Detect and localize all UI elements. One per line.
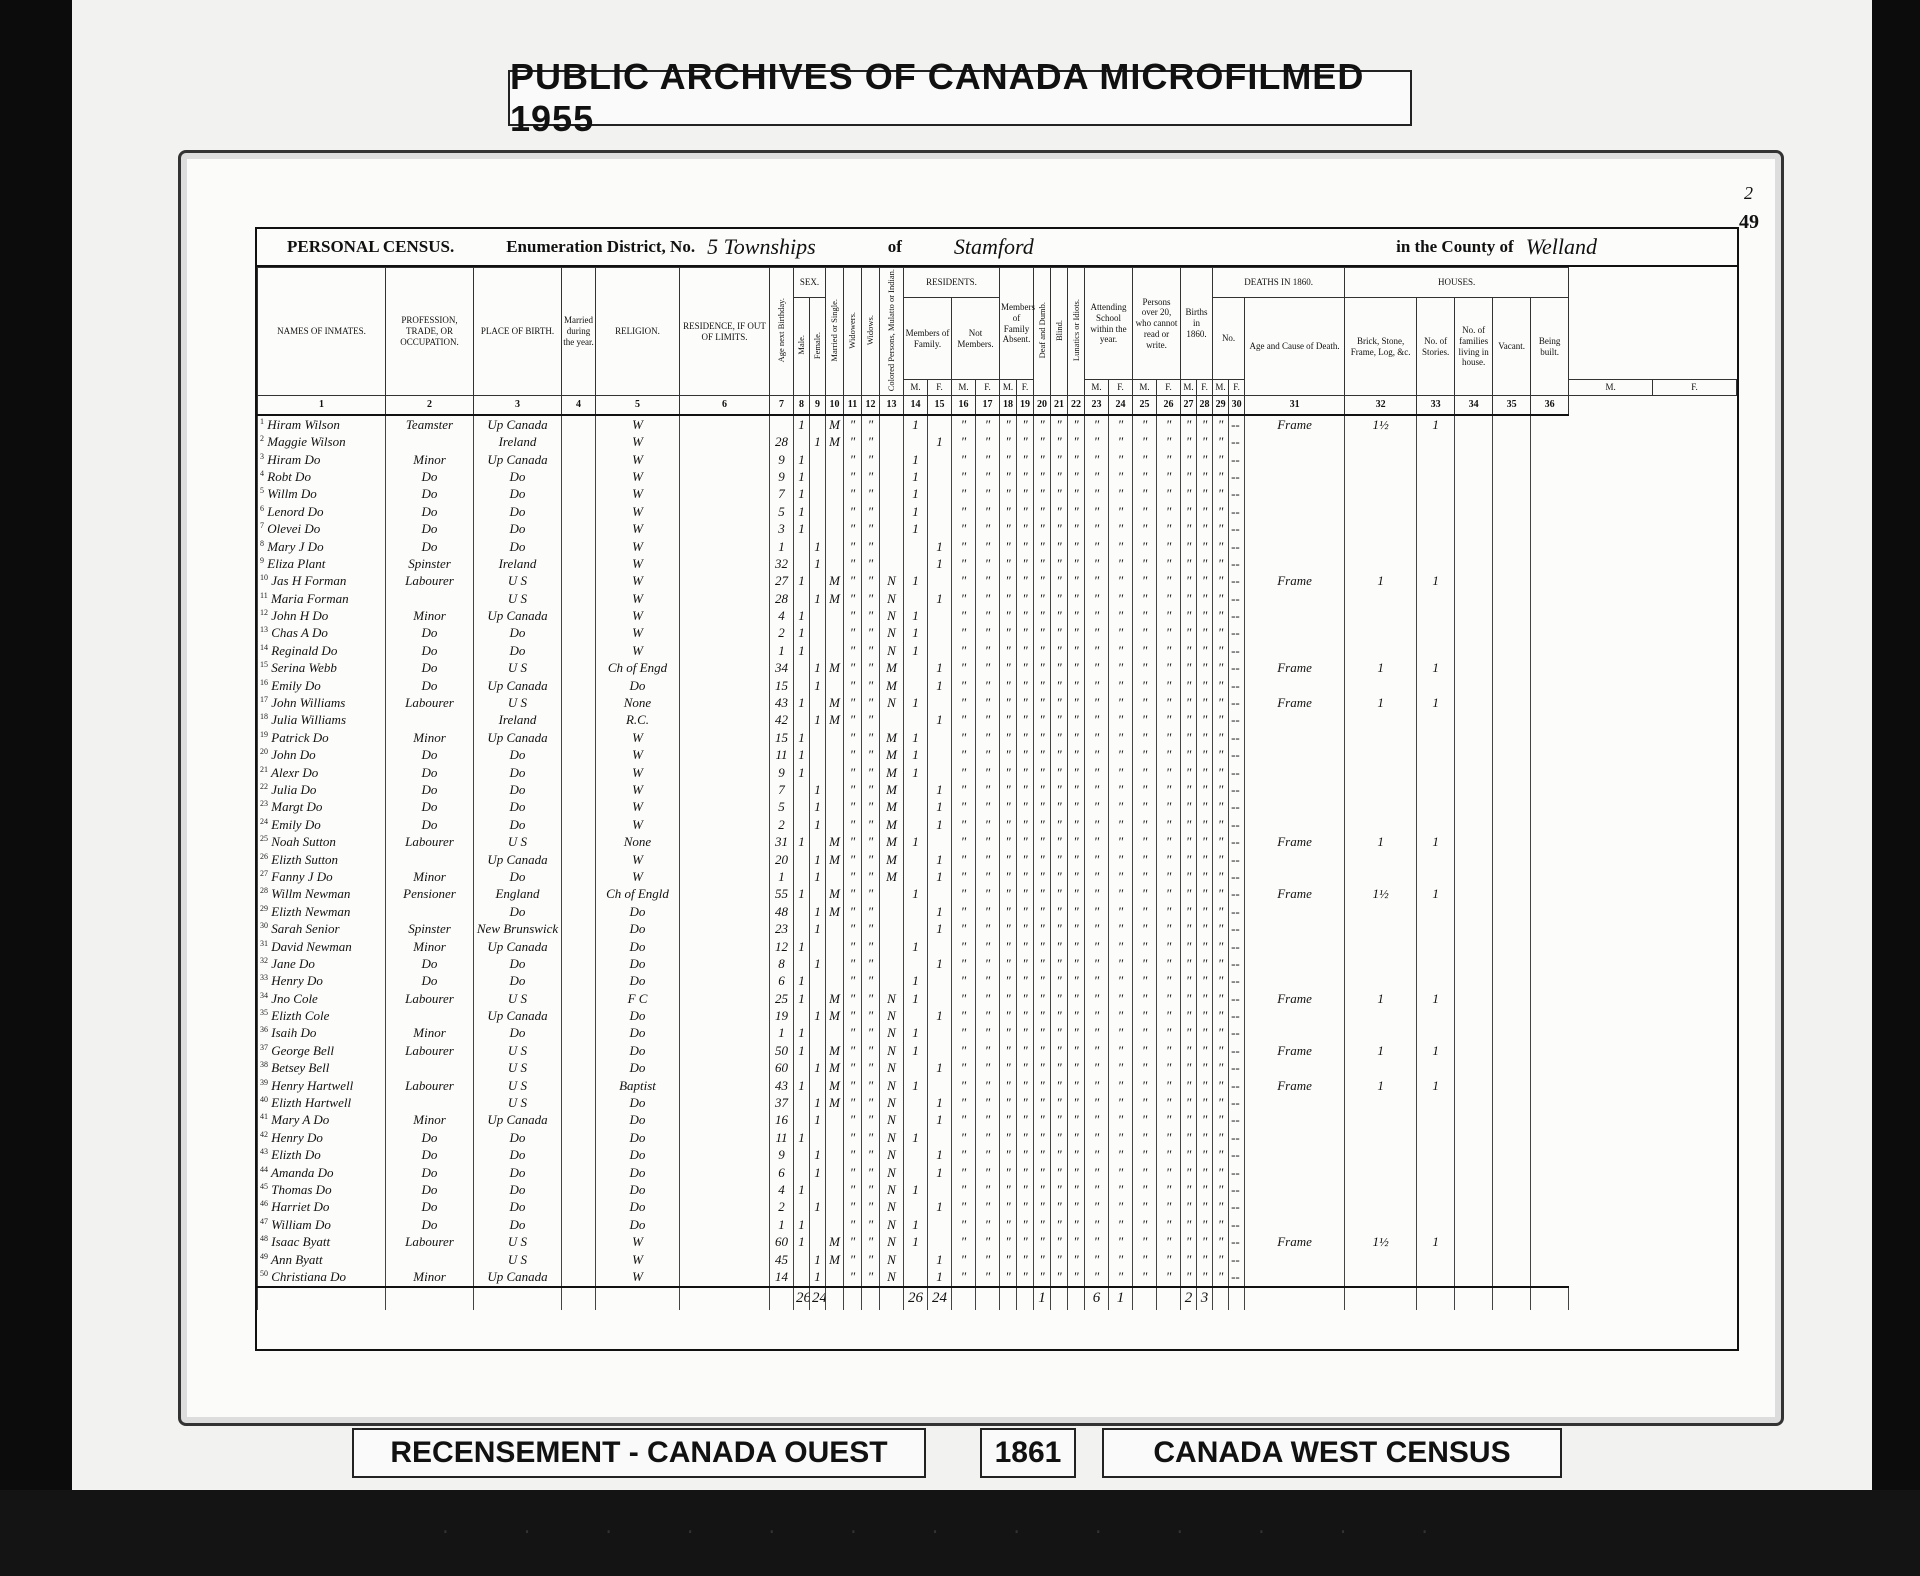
death-cause-cell: ‐‐ " ‐‐ (1229, 851, 1245, 868)
ditto-cell: " (1109, 816, 1133, 833)
ditto-cell: " (952, 886, 976, 903)
house-material-cell (1245, 1181, 1345, 1198)
house-material-cell (1245, 1216, 1345, 1233)
male-cell: 1 (794, 1077, 810, 1094)
stories-cell (1345, 1199, 1417, 1216)
death-cause-cell: ‐‐ " ‐‐ (1229, 415, 1245, 433)
ditto-cell: " (1017, 590, 1034, 607)
female-cell (810, 938, 826, 955)
ditto-cell: " (1051, 433, 1068, 450)
female-cell (810, 642, 826, 659)
name-text: Henry Do (271, 973, 323, 988)
marital-cell: M (826, 1094, 844, 1111)
ditto-cell: " (1197, 1025, 1213, 1042)
ditto-cell: " (1213, 642, 1229, 659)
ditto-cell: " (1157, 538, 1181, 555)
married-year-cell (562, 1025, 596, 1042)
residence-cell (680, 833, 770, 850)
female-cell: 1 (810, 1164, 826, 1181)
widows-cell: " (862, 1077, 880, 1094)
building-cell (1493, 607, 1531, 624)
death-cause-cell: ‐‐ " ‐‐ (1229, 590, 1245, 607)
occupation-cell: Do (386, 973, 474, 990)
religion-cell: Do (596, 1216, 680, 1233)
marital-cell: M (826, 660, 844, 677)
ditto-cell: " (976, 712, 1000, 729)
ditto-cell: " (1213, 1129, 1229, 1146)
ditto-cell: " (1197, 503, 1213, 520)
county-value: Welland (1526, 234, 1597, 260)
column-number: 11 (844, 396, 862, 416)
occupation-cell: Labourer (386, 573, 474, 590)
families-cell: 1 (1417, 1233, 1455, 1250)
birthplace-cell: Do (474, 799, 562, 816)
ditto-cell: " (1000, 886, 1017, 903)
ditto-cell: " (1068, 973, 1085, 990)
ditto-cell: " (1133, 1216, 1157, 1233)
widowers-cell: " (844, 1164, 862, 1181)
census-table: NAMES OF INMATES. PROFESSION, TRADE, OR … (257, 267, 1737, 1310)
colored-cell: M (880, 747, 904, 764)
ditto-cell: " (1085, 955, 1109, 972)
married-year-cell (562, 781, 596, 798)
header-widowers: Widowers. (847, 312, 857, 349)
building-cell (1493, 573, 1531, 590)
female-cell: 1 (810, 433, 826, 450)
name-text: Maggie Wilson (267, 434, 345, 449)
ditto-cell: " (1213, 607, 1229, 624)
ditto-cell: " (1181, 833, 1197, 850)
ditto-cell: " (1133, 1268, 1157, 1286)
ditto-cell: " (1034, 799, 1051, 816)
ditto-cell: " (1068, 833, 1085, 850)
ditto-cell: " (1133, 1251, 1157, 1268)
ditto-cell: " (1133, 451, 1157, 468)
widowers-cell: " (844, 990, 862, 1007)
ditto-cell: " (1133, 520, 1157, 537)
colored-cell (880, 955, 904, 972)
colored-cell: N (880, 1094, 904, 1111)
female-cell: 1 (810, 903, 826, 920)
male-cell (794, 1199, 810, 1216)
ditto-cell: " (1017, 938, 1034, 955)
ditto-cell: " (976, 625, 1000, 642)
birthplace-cell: Do (474, 747, 562, 764)
vacant-cell (1455, 903, 1493, 920)
banner-french: RECENSEMENT - CANADA OUEST (352, 1428, 926, 1478)
inmate-name: 11 Maria Forman (258, 590, 386, 607)
stories-cell (1345, 590, 1417, 607)
ditto-cell: " (1197, 868, 1213, 885)
colored-cell: M (880, 816, 904, 833)
ditto-cell: " (1034, 660, 1051, 677)
ditto-cell: " (1213, 799, 1229, 816)
ditto-cell: " (1000, 1077, 1017, 1094)
name-text: John Do (271, 747, 315, 762)
birthplace-cell: Up Canada (474, 451, 562, 468)
families-cell (1417, 1199, 1455, 1216)
ditto-cell: " (1034, 573, 1051, 590)
header-m: M. (1133, 380, 1157, 396)
ditto-cell: " (1034, 955, 1051, 972)
ditto-cell: " (1197, 990, 1213, 1007)
female-cell: 1 (810, 851, 826, 868)
resident-member-m-cell (904, 816, 928, 833)
ditto-cell: " (1133, 868, 1157, 885)
ditto-cell: " (1017, 451, 1034, 468)
ditto-cell: " (1133, 833, 1157, 850)
building-cell (1493, 833, 1531, 850)
ditto-cell: " (1197, 973, 1213, 990)
ditto-cell: " (1051, 1077, 1068, 1094)
building-cell (1493, 1112, 1531, 1129)
ditto-cell: " (1017, 868, 1034, 885)
building-cell (1493, 851, 1531, 868)
row-number: 29 (260, 904, 268, 913)
stories-cell (1345, 903, 1417, 920)
ditto-cell: " (1034, 920, 1051, 937)
header-married: Married during the year. (562, 268, 596, 396)
header-m: M. (904, 380, 928, 396)
residence-cell (680, 1216, 770, 1233)
ditto-cell: " (1000, 660, 1017, 677)
ditto-cell: " (1181, 486, 1197, 503)
widows-cell: " (862, 694, 880, 711)
ditto-cell: " (1017, 920, 1034, 937)
married-year-cell (562, 1129, 596, 1146)
residence-cell (680, 625, 770, 642)
ditto-cell: " (1017, 694, 1034, 711)
stories-cell (1345, 1181, 1417, 1198)
ditto-cell: " (1213, 1077, 1229, 1094)
ditto-cell: " (1051, 573, 1068, 590)
birthplace-cell: Do (474, 468, 562, 485)
ditto-cell: " (952, 851, 976, 868)
total-cell (1213, 1287, 1229, 1310)
header-f: F. (1157, 380, 1181, 396)
ditto-cell: " (1068, 781, 1085, 798)
married-year-cell (562, 660, 596, 677)
table-row: 32 Jane DoDoDoDo81""1""""""""""""""‐‐ " … (258, 955, 1737, 972)
ditto-cell: " (1000, 729, 1017, 746)
building-cell (1493, 486, 1531, 503)
marital-cell (826, 642, 844, 659)
column-number: 36 (1531, 396, 1569, 416)
building-cell (1493, 764, 1531, 781)
ditto-cell: " (1181, 955, 1197, 972)
county-label: in the County of (1396, 237, 1514, 257)
ditto-cell: " (1109, 538, 1133, 555)
married-year-cell (562, 1007, 596, 1024)
residence-cell (680, 660, 770, 677)
married-year-cell (562, 920, 596, 937)
widows-cell: " (862, 607, 880, 624)
header-profession: PROFESSION, TRADE, OR OCCUPATION. (386, 268, 474, 396)
resident-member-m-cell (904, 590, 928, 607)
death-cause-cell: ‐‐ " ‐‐ (1229, 816, 1245, 833)
row-number: 34 (260, 991, 268, 1000)
male-cell: 1 (794, 833, 810, 850)
ditto-cell: " (1017, 642, 1034, 659)
row-number: 32 (260, 956, 268, 965)
occupation-cell (386, 433, 474, 450)
ditto-cell: " (952, 1181, 976, 1198)
occupation-cell: Do (386, 538, 474, 555)
ditto-cell: " (1181, 642, 1197, 659)
residence-cell (680, 903, 770, 920)
female-cell: 1 (810, 816, 826, 833)
header-names: NAMES OF INMATES. (258, 268, 386, 396)
ditto-cell: " (1017, 903, 1034, 920)
table-row: 4 Robt DoDoDoW91""1""""""""""""""‐‐ " ‐‐ (258, 468, 1737, 485)
row-number: 13 (260, 625, 268, 634)
row-number: 42 (260, 1130, 268, 1139)
occupation-cell: Spinster (386, 920, 474, 937)
residence-cell (680, 1007, 770, 1024)
ditto-cell: " (1109, 607, 1133, 624)
ditto-cell: " (1034, 1164, 1051, 1181)
religion-cell: W (596, 816, 680, 833)
ditto-cell: " (952, 451, 976, 468)
male-cell: 1 (794, 642, 810, 659)
death-cause-cell: ‐‐ " ‐‐ (1229, 712, 1245, 729)
age-cell: 19 (770, 1007, 794, 1024)
religion-cell: Do (596, 1060, 680, 1077)
ditto-cell: " (1197, 415, 1213, 433)
families-cell (1417, 486, 1455, 503)
ditto-cell: " (1181, 1129, 1197, 1146)
ditto-cell: " (1051, 851, 1068, 868)
ditto-cell: " (1017, 1060, 1034, 1077)
header-material: Brick, Stone, Frame, Log, &c. (1345, 298, 1417, 396)
stories-cell: 1 (1345, 660, 1417, 677)
occupation-cell: Do (386, 660, 474, 677)
ditto-cell: " (952, 625, 976, 642)
ditto-cell: " (1068, 1025, 1085, 1042)
column-number: 17 (976, 396, 1000, 416)
table-row: 19 Patrick DoMinorUp CanadaW151""M1"""""… (258, 729, 1737, 746)
male-cell: 1 (794, 607, 810, 624)
ditto-cell: " (1133, 1060, 1157, 1077)
name-text: Serina Webb (271, 660, 337, 675)
occupation-cell: Minor (386, 868, 474, 885)
table-row: 39 Henry HartwellLabourerU SBaptist431M"… (258, 1077, 1737, 1094)
female-cell: 1 (810, 660, 826, 677)
resident-member-f-cell (928, 642, 952, 659)
birthplace-cell: Up Canada (474, 1268, 562, 1286)
inmate-name: 21 Alexr Do (258, 764, 386, 781)
marital-cell: M (826, 1060, 844, 1077)
age-cell: 27 (770, 573, 794, 590)
ditto-cell: " (1197, 903, 1213, 920)
row-number: 39 (260, 1078, 268, 1087)
death-cause-cell: ‐‐ " ‐‐ (1229, 955, 1245, 972)
religion-cell: Ch of Engld (596, 886, 680, 903)
ditto-cell: " (1109, 1094, 1133, 1111)
name-text: John Williams (271, 695, 345, 710)
occupation-cell: Do (386, 1129, 474, 1146)
birthplace-cell: Do (474, 764, 562, 781)
ditto-cell: " (1000, 868, 1017, 885)
marital-cell: M (826, 1077, 844, 1094)
house-material-cell (1245, 920, 1345, 937)
ditto-cell: " (1051, 677, 1068, 694)
age-cell: 16 (770, 1112, 794, 1129)
ditto-cell: " (1000, 973, 1017, 990)
ditto-cell: " (1017, 747, 1034, 764)
page-number: 49 (1739, 211, 1759, 234)
ditto-cell: " (1213, 677, 1229, 694)
name-text: Elizth Hartwell (271, 1095, 351, 1110)
religion-cell: Do (596, 1112, 680, 1129)
row-number: 41 (260, 1112, 268, 1121)
resident-member-f-cell: 1 (928, 920, 952, 937)
religion-cell: W (596, 625, 680, 642)
ditto-cell: " (1109, 938, 1133, 955)
inmate-name: 50 Christiana Do (258, 1268, 386, 1286)
married-year-cell (562, 886, 596, 903)
ditto-cell: " (1085, 607, 1109, 624)
column-number: 28 (1197, 396, 1213, 416)
inmate-name: 41 Mary A Do (258, 1112, 386, 1129)
female-cell: 1 (810, 1094, 826, 1111)
occupation-cell: Labourer (386, 1233, 474, 1250)
ditto-cell: " (1034, 1181, 1051, 1198)
ditto-cell: " (952, 1199, 976, 1216)
stories-cell (1345, 938, 1417, 955)
header-m: M. (1085, 380, 1109, 396)
building-cell (1493, 1094, 1531, 1111)
families-cell: 1 (1417, 886, 1455, 903)
ditto-cell: " (1017, 607, 1034, 624)
ditto-cell: " (1000, 607, 1017, 624)
ditto-cell: " (1068, 955, 1085, 972)
ditto-cell: " (1157, 1077, 1181, 1094)
ditto-cell: " (1157, 573, 1181, 590)
stories-cell (1345, 712, 1417, 729)
inmate-name: 7 Olevei Do (258, 520, 386, 537)
vacant-cell (1455, 520, 1493, 537)
column-number: 5 (596, 396, 680, 416)
header-f: F. (1197, 380, 1213, 396)
name-text: John H Do (271, 608, 328, 623)
ditto-cell: " (1085, 799, 1109, 816)
widows-cell: " (862, 868, 880, 885)
vacant-cell (1455, 1112, 1493, 1129)
building-cell (1493, 955, 1531, 972)
colored-cell: M (880, 868, 904, 885)
ditto-cell: " (1068, 712, 1085, 729)
ditto-cell: " (1157, 415, 1181, 433)
ditto-cell: " (976, 1007, 1000, 1024)
stories-cell: 1 (1345, 694, 1417, 711)
ditto-cell: " (1133, 625, 1157, 642)
families-cell (1417, 1060, 1455, 1077)
vacant-cell (1455, 677, 1493, 694)
ditto-cell: " (1034, 903, 1051, 920)
marital-cell: M (826, 903, 844, 920)
vacant-cell (1455, 1164, 1493, 1181)
married-year-cell (562, 1112, 596, 1129)
ditto-cell: " (1017, 433, 1034, 450)
ditto-cell: " (976, 1042, 1000, 1059)
birthplace-cell: U S (474, 833, 562, 850)
death-cause-cell: ‐‐ " ‐‐ (1229, 990, 1245, 1007)
ditto-cell: " (1213, 1094, 1229, 1111)
male-cell (794, 781, 810, 798)
house-material-cell: Frame (1245, 886, 1345, 903)
total-cell (1417, 1287, 1455, 1310)
widowers-cell: " (844, 1251, 862, 1268)
resident-member-f-cell (928, 1025, 952, 1042)
occupation-cell: Do (386, 781, 474, 798)
ditto-cell: " (1197, 590, 1213, 607)
ditto-cell: " (1133, 1007, 1157, 1024)
resident-member-m-cell: 1 (904, 886, 928, 903)
birthplace-cell: Ireland (474, 555, 562, 572)
inmate-name: 24 Emily Do (258, 816, 386, 833)
resident-member-m-cell (904, 1060, 928, 1077)
ditto-cell: " (1157, 816, 1181, 833)
stories-cell (1345, 1216, 1417, 1233)
resident-member-m-cell (904, 851, 928, 868)
ditto-cell: " (1034, 607, 1051, 624)
ditto-cell: " (1034, 415, 1051, 433)
table-row: 6 Lenord DoDoDoW51""1""""""""""""""‐‐ " … (258, 503, 1737, 520)
ditto-cell: " (1085, 1042, 1109, 1059)
vacant-cell (1455, 538, 1493, 555)
ditto-cell: " (1034, 451, 1051, 468)
building-cell (1493, 538, 1531, 555)
resident-member-f-cell (928, 729, 952, 746)
name-text: David Newman (271, 939, 352, 954)
ditto-cell: " (1133, 886, 1157, 903)
ditto-cell: " (1068, 1164, 1085, 1181)
row-number: 9 (260, 556, 264, 565)
ditto-cell: " (1197, 694, 1213, 711)
stories-cell (1345, 451, 1417, 468)
residence-cell (680, 799, 770, 816)
house-material-cell (1245, 1199, 1345, 1216)
ditto-cell: " (976, 1060, 1000, 1077)
marital-cell: M (826, 694, 844, 711)
ditto-cell: " (1017, 990, 1034, 1007)
building-cell (1493, 1181, 1531, 1198)
name-text: Elizth Cole (271, 1008, 329, 1023)
ditto-cell: " (1133, 573, 1157, 590)
religion-cell: Do (596, 1025, 680, 1042)
table-row: 20 John DoDoDoW111""M1""""""""""""""‐‐ "… (258, 747, 1737, 764)
inmate-name: 31 David Newman (258, 938, 386, 955)
ditto-cell: " (1213, 694, 1229, 711)
residence-cell (680, 729, 770, 746)
stories-cell (1345, 764, 1417, 781)
resident-member-f-cell: 1 (928, 677, 952, 694)
total-cell (1157, 1287, 1181, 1310)
ditto-cell: " (1000, 955, 1017, 972)
header-residents: RESIDENTS. (904, 268, 1000, 298)
female-cell (810, 764, 826, 781)
married-year-cell (562, 903, 596, 920)
resident-member-m-cell: 1 (904, 520, 928, 537)
table-row: 9 Eliza PlantSpinsterIrelandW321""1"""""… (258, 555, 1737, 572)
widows-cell: " (862, 955, 880, 972)
marital-cell (826, 1112, 844, 1129)
occupation-cell: Do (386, 1199, 474, 1216)
occupation-cell (386, 712, 474, 729)
male-cell: 1 (794, 1025, 810, 1042)
ditto-cell: " (1000, 1164, 1017, 1181)
